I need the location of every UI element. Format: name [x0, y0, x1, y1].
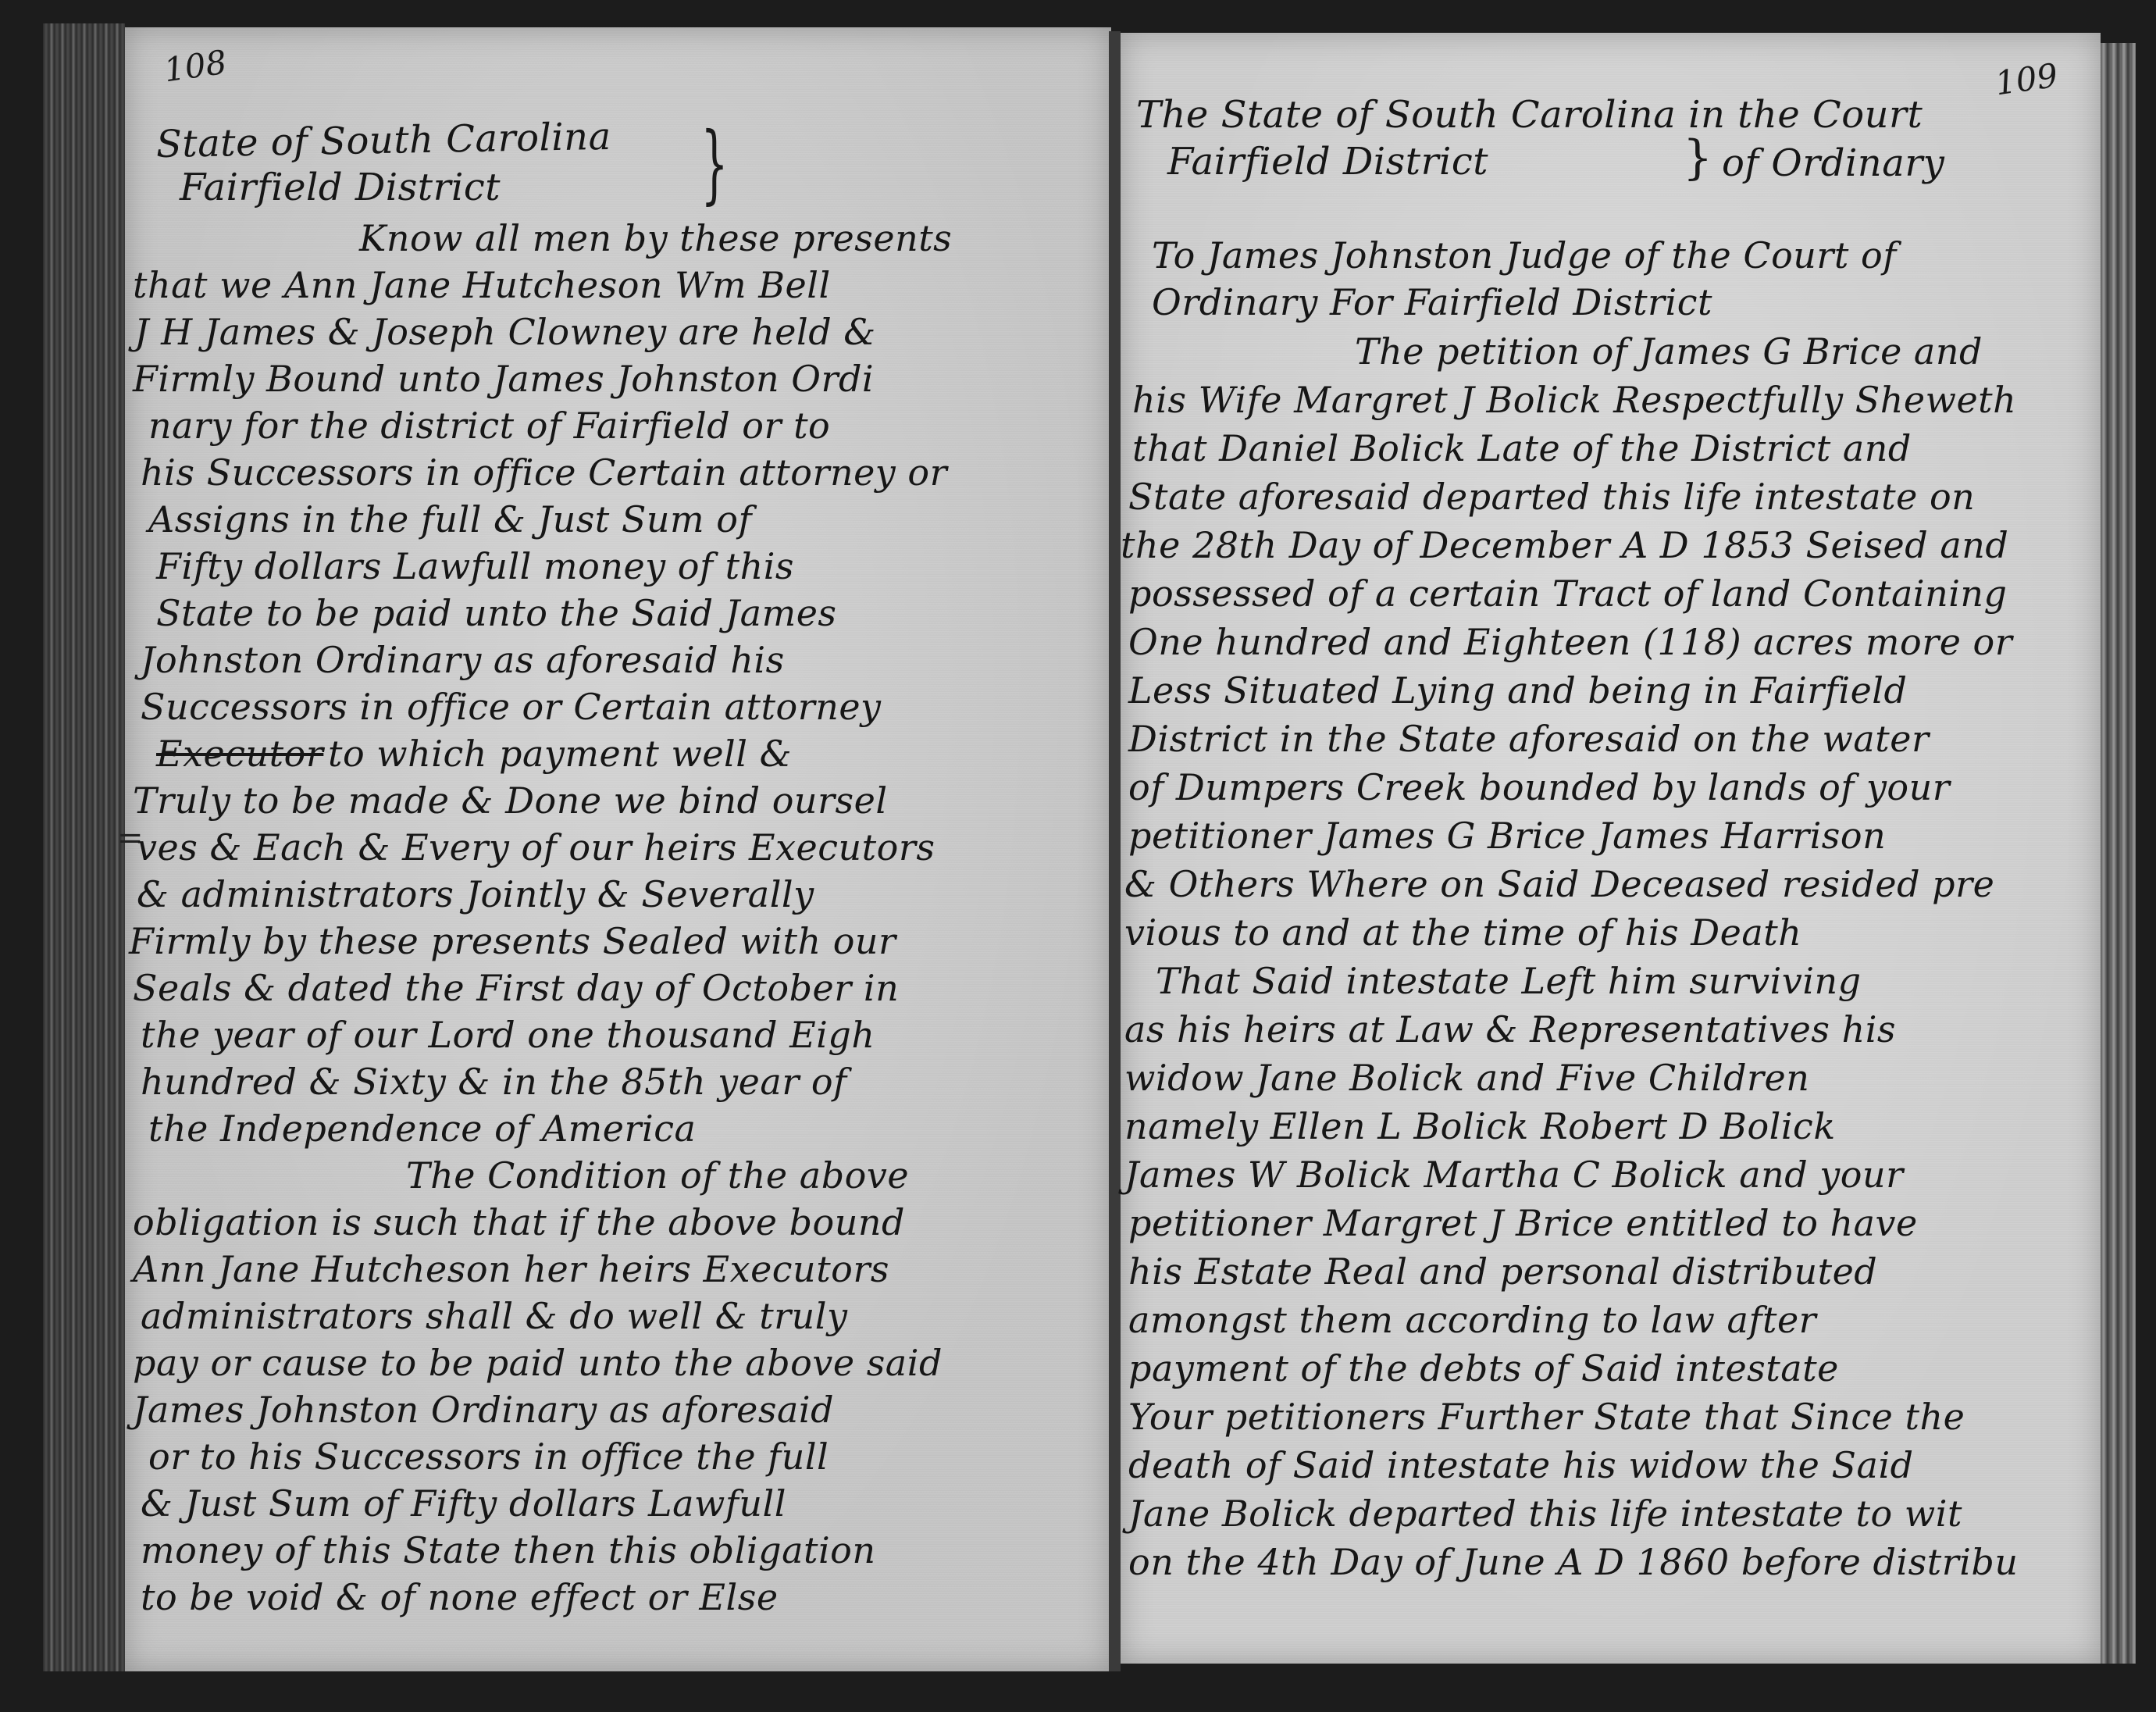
body-line: petitioner Margret J Brice entitled to h… — [1128, 1200, 1918, 1247]
body-line: Your petitioners Further State that Sinc… — [1128, 1393, 1965, 1440]
body-line: The Condition of the above — [406, 1152, 909, 1199]
heading-brace: } — [1683, 130, 1712, 185]
body-line: Truly to be made & Done we bind oursel — [133, 777, 888, 824]
page-number-right: 109 — [1993, 56, 2060, 103]
body-line: possessed of a certain Tract of land Con… — [1128, 570, 2008, 617]
body-line: payment of the debts of Said intestate — [1128, 1345, 1839, 1392]
body-line: ves & Each & Every of our heirs Executor… — [137, 824, 935, 871]
body-line: obligation is such that if the above bou… — [133, 1199, 905, 1246]
heading-brace: } — [701, 113, 729, 213]
body-line: James Johnston Ordinary as aforesaid — [133, 1386, 834, 1433]
body-line: & administrators Jointly & Severally — [137, 871, 814, 918]
body-line-struck: Executor — [156, 730, 323, 777]
heading-state-court: The State of South Carolina in the Court — [1136, 91, 1923, 138]
struck-word: Executor — [156, 733, 323, 775]
body-line: petitioner James G Brice James Harrison — [1128, 812, 1886, 859]
body-line: hundred & Sixty & in the 85th year of — [141, 1058, 847, 1105]
body-line: To James Johnston Judge of the Court of — [1152, 232, 1897, 279]
page-number-left: 108 — [162, 43, 229, 90]
body-line: amongst them according to law after — [1128, 1296, 1816, 1343]
right-page: 109 The State of South Carolina in the C… — [1121, 33, 2101, 1664]
body-line: That Said intestate Left him surviving — [1156, 958, 1862, 1004]
body-line: of Dumpers Creek bounded by lands of you… — [1128, 764, 1950, 811]
body-line: widow Jane Bolick and Five Children — [1124, 1054, 1809, 1101]
body-line: District in the State aforesaid on the w… — [1128, 715, 1930, 762]
body-line: & Others Where on Said Deceased resided … — [1124, 861, 1994, 908]
body-line: administrators shall & do well & truly — [141, 1293, 848, 1339]
body-line: Fifty dollars Lawfull money of this — [156, 543, 794, 590]
body-line: nary for the district of Fairfield or to — [148, 402, 830, 449]
body-line: money of this State then this obligation — [141, 1527, 876, 1574]
book-page-edges-right — [2101, 43, 2136, 1664]
heading-district: Fairfield District — [1167, 138, 1488, 185]
body-line: namely Ellen L Bolick Robert D Bolick — [1124, 1103, 1836, 1150]
body-line: the 28th Day of December A D 1853 Seised… — [1121, 522, 2008, 569]
body-line: Seals & dated the First day of October i… — [133, 965, 899, 1011]
body-line: that Daniel Bolick Late of the District … — [1132, 425, 1912, 472]
body-line: J H James & Joseph Clowney are held & — [134, 309, 876, 355]
body-line: to be void & of none effect or Else — [141, 1574, 779, 1621]
book-page-edges-left — [43, 23, 125, 1671]
body-line: death of Said intestate his widow the Sa… — [1128, 1442, 1914, 1489]
body-line: The petition of James G Brice and — [1355, 328, 1983, 375]
body-line: Ann Jane Hutcheson her heirs Executors — [133, 1246, 889, 1293]
book-gutter — [1109, 31, 1121, 1671]
left-page: 108 State of South Carolina Fairfield Di… — [125, 27, 1111, 1671]
body-line: his Successors in office Certain attorne… — [141, 449, 947, 496]
body-line: vious to and at the time of his Death — [1124, 909, 1801, 956]
body-line: Jane Bolick departed this life intestate… — [1128, 1490, 1962, 1537]
body-line: his Wife Margret J Bolick Respectfully S… — [1132, 376, 2016, 423]
body-line: his Estate Real and personal distributed — [1128, 1248, 1877, 1295]
body-line: the Independence of America — [148, 1105, 696, 1152]
body-line: pay or cause to be paid unto the above s… — [133, 1339, 943, 1386]
body-line: Know all men by these presents — [359, 215, 952, 262]
body-line: State to be paid unto the Said James — [156, 590, 837, 637]
body-line: on the 4th Day of June A D 1860 before d… — [1128, 1539, 2018, 1585]
body-line: & Just Sum of Fifty dollars Lawfull — [141, 1480, 786, 1527]
body-line: to which payment well & — [328, 730, 792, 777]
heading-district: Fairfield District — [180, 164, 501, 211]
body-line: that we Ann Jane Hutcheson Wm Bell — [133, 262, 831, 309]
body-line: Ordinary For Fairfield District — [1152, 279, 1712, 326]
body-line: Johnston Ordinary as aforesaid his — [141, 637, 785, 683]
body-line: as his heirs at Law & Representatives hi… — [1124, 1006, 1896, 1053]
body-line: or to his Successors in office the full — [148, 1433, 829, 1480]
body-line: Less Situated Lying and being in Fairfie… — [1128, 667, 1907, 714]
body-line: State aforesaid departed this life intes… — [1128, 473, 1975, 520]
body-line: Successors in office or Certain attorney — [141, 683, 882, 730]
body-line: James W Bolick Martha C Bolick and your — [1124, 1151, 1904, 1198]
body-line: Assigns in the full & Just Sum of — [148, 496, 752, 543]
body-line: One hundred and Eighteen (118) acres mor… — [1128, 619, 2012, 665]
body-line: the year of our Lord one thousand Eigh — [141, 1011, 875, 1058]
heading-ordinary: of Ordinary — [1722, 140, 1944, 187]
body-line: Firmly by these presents Sealed with our — [129, 918, 896, 965]
heading-state: State of South Carolina — [155, 113, 611, 168]
body-line: Firmly Bound unto James Johnston Ordi — [133, 355, 874, 402]
